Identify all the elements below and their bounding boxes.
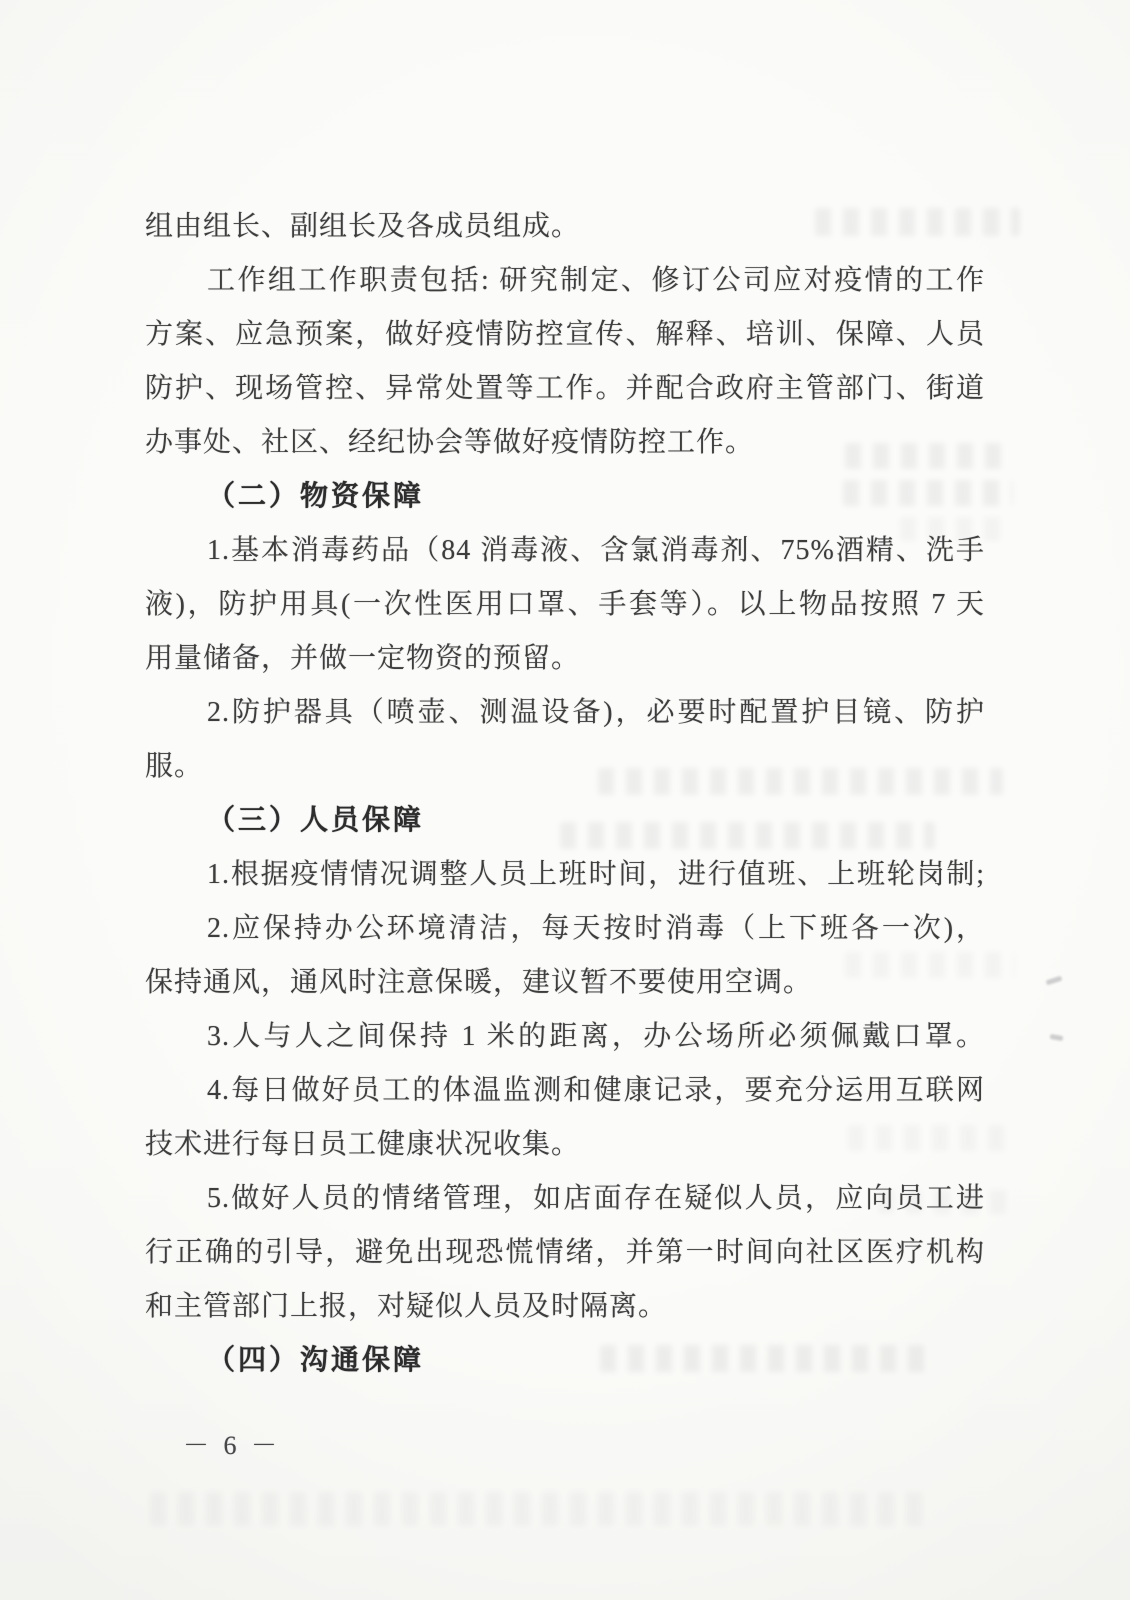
text-line: 2.防护器具（喷壶、测温设备)，必要时配置护目镜、防护 xyxy=(145,686,985,740)
text-line: 保持通风，通风时注意保暖，建议暂不要使用空调。 xyxy=(145,956,985,1010)
text-line: 办事处、社区、经纪协会等做好疫情防控工作。 xyxy=(145,416,985,470)
section-heading-supplies: （二）物资保障 xyxy=(145,470,985,524)
text-line: 方案、应急预案，做好疫情防控宣传、解释、培训、保障、人员 xyxy=(145,308,985,362)
section-heading-communication: （四）沟通保障 xyxy=(145,1334,985,1388)
text-line: 5.做好人员的情绪管理，如店面存在疑似人员，应向员工进 xyxy=(145,1172,985,1226)
text-line: 4.每日做好员工的体温监测和健康记录，要充分运用互联网 xyxy=(145,1064,985,1118)
text-line: 1.根据疫情情况调整人员上班时间，进行值班、上班轮岗制; xyxy=(145,848,985,902)
page-number: － 6 － xyxy=(183,1425,281,1462)
scan-artifact xyxy=(1050,1034,1064,1041)
text-line: 技术进行每日员工健康状况收集。 xyxy=(145,1118,985,1172)
text-line: 3.人与人之间保持 1 米的距离，办公场所必须佩戴口罩。 xyxy=(145,1010,985,1064)
scanned-document-page: { "page": { "background": "#f6f6f3", "te… xyxy=(0,0,1130,1600)
document-text-column: 组由组长、副组长及各成员组成。 工作组工作职责包括: 研究制定、修订公司应对疫情… xyxy=(145,200,985,1388)
text-line: 2.应保持办公环境清洁，每天按时消毒（上下班各一次)， xyxy=(145,902,985,956)
text-line: 液)，防护用具(一次性医用口罩、手套等）。以上物品按照 7 天 xyxy=(145,578,985,632)
text-line: 工作组工作职责包括: 研究制定、修订公司应对疫情的工作 xyxy=(145,254,985,308)
text-line: 行正确的引导，避免出现恐慌情绪，并第一时间向社区医疗机构 xyxy=(145,1226,985,1280)
text-line: 1.基本消毒药品（84 消毒液、含氯消毒剂、75%酒精、洗手 xyxy=(145,524,985,578)
scan-artifact xyxy=(150,1492,930,1526)
text-line: 服。 xyxy=(145,740,985,794)
scan-artifact xyxy=(1046,976,1063,986)
text-line: 和主管部门上报，对疑似人员及时隔离。 xyxy=(145,1280,985,1334)
section-heading-personnel: （三）人员保障 xyxy=(145,794,985,848)
text-line: 防护、现场管控、异常处置等工作。并配合政府主管部门、街道 xyxy=(145,362,985,416)
text-line: 组由组长、副组长及各成员组成。 xyxy=(145,200,985,254)
text-line: 用量储备，并做一定物资的预留。 xyxy=(145,632,985,686)
